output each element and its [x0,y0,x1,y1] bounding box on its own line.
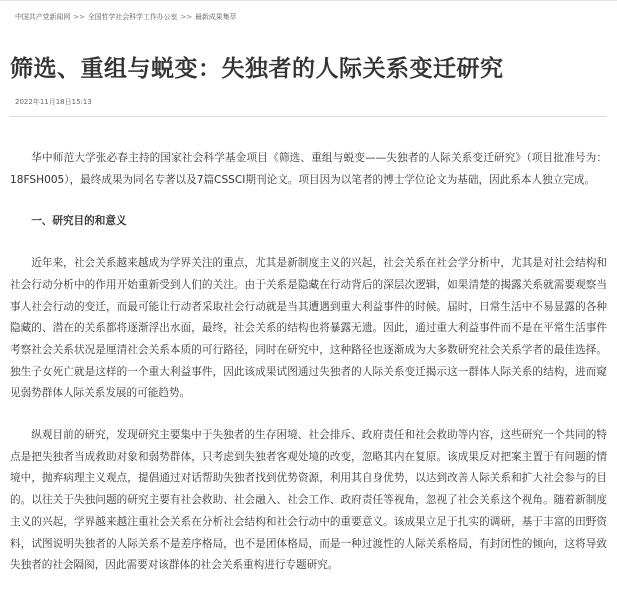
breadcrumb-separator: >> [180,13,192,21]
breadcrumb-link-npopss-office[interactable]: 全国哲学社会科学工作办公室 [88,13,178,21]
section-heading: 一、研究目的和意义 [10,211,607,233]
breadcrumb-link-latest-results[interactable]: 最新成果集萃 [195,13,236,21]
article-title: 筛选、重组与蜕变：失独者的人际关系变迁研究 [10,50,504,83]
title-divider [10,116,606,117]
breadcrumb-link-cpc-news[interactable]: 中国共产党新闻网 [15,13,70,21]
breadcrumb-separator: >> [73,13,85,21]
intro-paragraph: 华中师范大学张必春主持的国家社会科学基金项目《筛选、重组与蜕变——失独者的人际关… [10,148,607,191]
top-border [0,0,617,1]
breadcrumb: 中国共产党新闻网>>全国哲学社会科学工作办公室>>最新成果集萃 [15,12,236,22]
body-paragraph: 近年来，社会关系越来越成为学界关注的重点，尤其是新制度主义的兴起，社会关系在社会… [10,253,607,405]
article-body: 华中师范大学张必春主持的国家社会科学基金项目《筛选、重组与蜕变——失独者的人际关… [10,148,607,577]
publish-time: 2022年11月18日15:13 [15,97,92,107]
body-paragraph: 纵观目前的研究，发现研究主要集中于失独者的生存困境、社会排斥、政府责任和社会救助… [10,425,607,577]
